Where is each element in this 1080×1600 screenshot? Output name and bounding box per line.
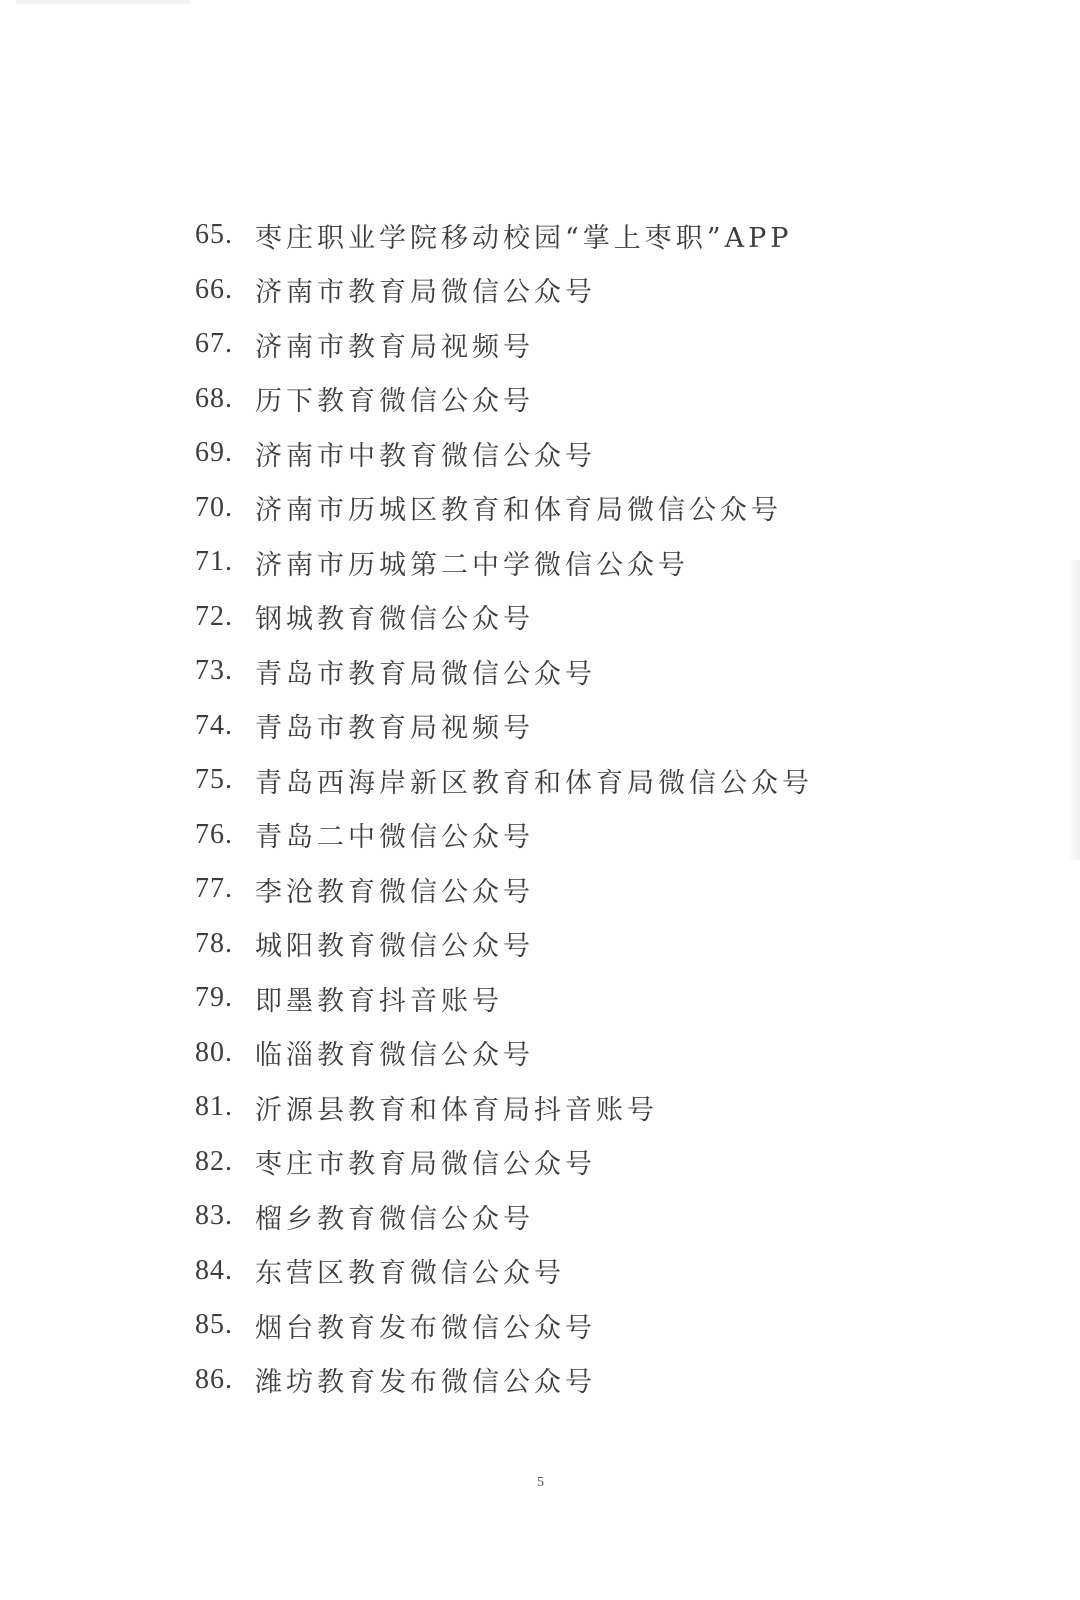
list-item: 73.青岛市教育局微信公众号 (195, 644, 813, 699)
item-text: 济南市教育局微信公众号 (255, 270, 596, 309)
item-text: 烟台教育发布微信公众号 (255, 1306, 596, 1345)
item-number: 68. (195, 383, 255, 415)
item-number: 65. (195, 219, 255, 251)
account-list: 65.枣庄职业学院移动校园“掌上枣职”APP 66.济南市教育局微信公众号 67… (195, 208, 813, 1407)
item-text: 济南市中教育微信公众号 (255, 434, 596, 473)
item-number: 76. (195, 819, 255, 851)
item-text: 沂源县教育和体育局抖音账号 (255, 1088, 658, 1127)
list-item: 67.济南市教育局视频号 (195, 317, 813, 372)
list-item: 79.即墨教育抖音账号 (195, 971, 813, 1026)
item-number: 84. (195, 1255, 255, 1287)
item-text: 青岛市教育局视频号 (255, 706, 534, 745)
item-number: 81. (195, 1091, 255, 1123)
item-number: 82. (195, 1146, 255, 1178)
item-text: 榴乡教育微信公众号 (255, 1197, 534, 1236)
list-item: 69.济南市中教育微信公众号 (195, 426, 813, 481)
list-item: 65.枣庄职业学院移动校园“掌上枣职”APP (195, 208, 813, 263)
item-number: 71. (195, 546, 255, 578)
item-text: 即墨教育抖音账号 (255, 979, 503, 1018)
list-item: 70.济南市历城区教育和体育局微信公众号 (195, 481, 813, 536)
list-item: 86.潍坊教育发布微信公众号 (195, 1353, 813, 1408)
item-text: 青岛西海岸新区教育和体育局微信公众号 (255, 761, 813, 800)
list-item: 80.临淄教育微信公众号 (195, 1026, 813, 1081)
list-item: 72.钢城教育微信公众号 (195, 590, 813, 645)
item-number: 78. (195, 928, 255, 960)
item-number: 74. (195, 710, 255, 742)
list-item: 83.榴乡教育微信公众号 (195, 1189, 813, 1244)
list-item: 76.青岛二中微信公众号 (195, 808, 813, 863)
list-item: 68.历下教育微信公众号 (195, 372, 813, 427)
item-text: 青岛市教育局微信公众号 (255, 652, 596, 691)
list-item: 85.烟台教育发布微信公众号 (195, 1298, 813, 1353)
item-text: 济南市历城区教育和体育局微信公众号 (255, 488, 782, 527)
item-text: 潍坊教育发布微信公众号 (255, 1360, 596, 1399)
item-number: 73. (195, 655, 255, 687)
list-item: 71.济南市历城第二中学微信公众号 (195, 535, 813, 590)
item-number: 72. (195, 601, 255, 633)
list-item: 81.沂源县教育和体育局抖音账号 (195, 1080, 813, 1135)
item-text: 济南市教育局视频号 (255, 325, 534, 364)
item-text: 东营区教育微信公众号 (255, 1251, 565, 1290)
item-text: 历下教育微信公众号 (255, 379, 534, 418)
item-number: 80. (195, 1037, 255, 1069)
item-number: 86. (195, 1364, 255, 1396)
scan-artifact (16, 0, 191, 4)
item-number: 83. (195, 1200, 255, 1232)
document-page: 65.枣庄职业学院移动校园“掌上枣职”APP 66.济南市教育局微信公众号 67… (0, 0, 1080, 1600)
item-number: 66. (195, 274, 255, 306)
item-text: 李沧教育微信公众号 (255, 870, 534, 909)
list-item: 82.枣庄市教育局微信公众号 (195, 1135, 813, 1190)
list-item: 66.济南市教育局微信公众号 (195, 263, 813, 318)
page-number: 5 (537, 1475, 544, 1491)
item-text: 临淄教育微信公众号 (255, 1033, 534, 1072)
list-item: 78.城阳教育微信公众号 (195, 917, 813, 972)
item-number: 70. (195, 492, 255, 524)
item-number: 75. (195, 764, 255, 796)
item-text: 青岛二中微信公众号 (255, 815, 534, 854)
item-number: 69. (195, 437, 255, 469)
item-number: 67. (195, 328, 255, 360)
item-text: 济南市历城第二中学微信公众号 (255, 543, 689, 582)
item-number: 79. (195, 982, 255, 1014)
item-text: 钢城教育微信公众号 (255, 597, 534, 636)
list-item: 77.李沧教育微信公众号 (195, 862, 813, 917)
item-text: 枣庄市教育局微信公众号 (255, 1142, 596, 1181)
item-number: 77. (195, 873, 255, 905)
list-item: 74.青岛市教育局视频号 (195, 699, 813, 754)
item-text: 枣庄职业学院移动校园“掌上枣职”APP (255, 216, 792, 255)
item-text: 城阳教育微信公众号 (255, 924, 534, 963)
list-item: 84.东营区教育微信公众号 (195, 1244, 813, 1299)
scan-edge-shadow (1068, 560, 1080, 860)
list-item: 75.青岛西海岸新区教育和体育局微信公众号 (195, 753, 813, 808)
item-number: 85. (195, 1309, 255, 1341)
